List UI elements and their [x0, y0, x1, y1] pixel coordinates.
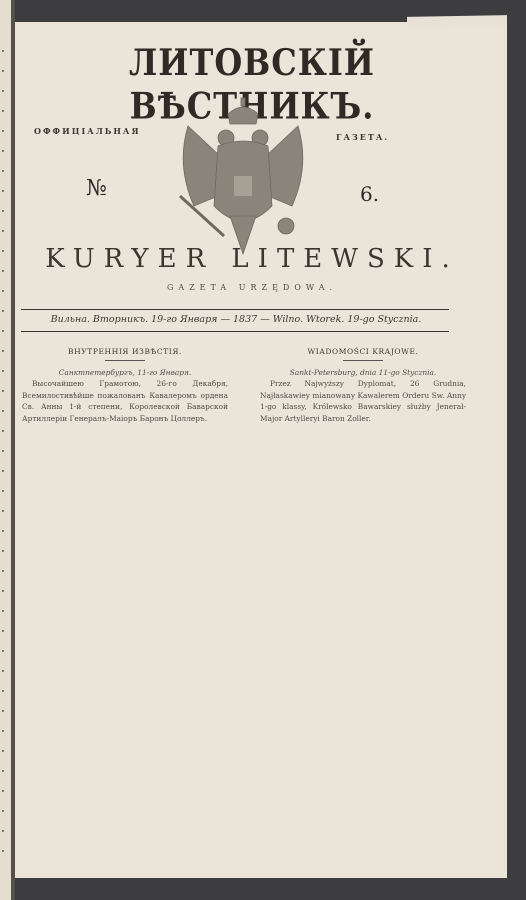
dateline-place-russian: Санктпетербургъ, 11-го Января. [22, 367, 228, 379]
torn-corner [407, 15, 507, 27]
heading-divider [105, 360, 145, 361]
issue-number-label: № [86, 176, 107, 201]
masthead-subtitle-left: ОФФИЦІАЛЬНАЯ [34, 126, 141, 136]
article-paragraph: Przez Najwyższy Dyplomat, 26 Grudnia, Na… [260, 378, 466, 424]
masthead-subtitle-right: ГАЗЕТА. [336, 132, 389, 142]
masthead-subtitle-polish: GAZETA URZĘDOWA. [22, 283, 482, 292]
section-heading-polish: WIADOMOŚCI KRAJOWE. [260, 346, 466, 358]
adjacent-page-text-marks [2, 50, 4, 870]
column-polish: WIADOMOŚCI KRAJOWE. Sankt-Petersburg, dn… [260, 346, 466, 425]
dateline-rule-top [21, 309, 449, 310]
issue-number-value: 6. [360, 182, 379, 206]
dateline-rule-bottom [21, 331, 449, 332]
article-paragraph: Высочайшею Грамотою, 26-го Декабря, Всем… [22, 378, 228, 424]
double-headed-eagle-icon [168, 96, 318, 256]
dateline-place-polish: Sankt-Petersburg, dnia 11-go Stycznia. [260, 367, 466, 379]
section-heading-russian: ВНУТРЕННІЯ ИЗВѢСТІЯ. [22, 346, 228, 358]
column-russian: ВНУТРЕННІЯ ИЗВѢСТІЯ. Санктпетербургъ, 11… [22, 346, 228, 425]
masthead-title-polish: KURYER LITEWSKI. [22, 244, 482, 274]
dateline: Вильна. Вторникъ. 19-го Января — 1837 — … [22, 314, 450, 325]
heading-divider [343, 360, 383, 361]
